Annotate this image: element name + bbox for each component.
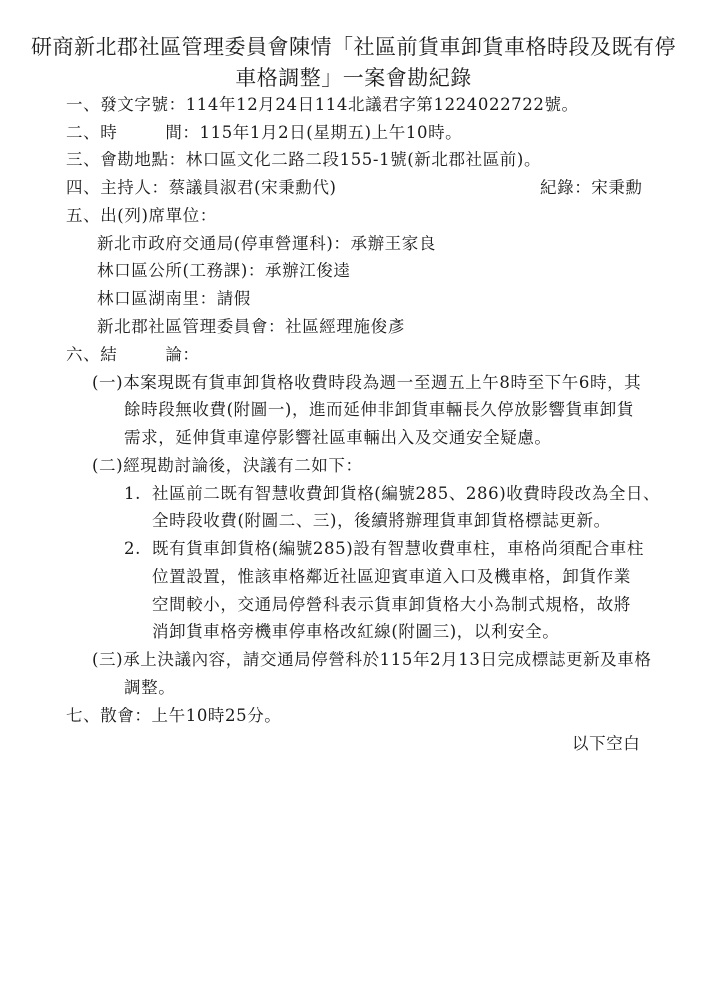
section-marker: 四、 xyxy=(66,178,100,197)
item-line: 既有貨車卸貨格(編號285)設有智慧收費車柱，車格尚須配合車柱 xyxy=(152,539,644,558)
section-issuance-number: 一、發文字號：114年12月24日114北議君字第1224022722號。 xyxy=(66,94,579,116)
section-label: 出(列)席單位： xyxy=(100,206,217,225)
item-number: 1. xyxy=(124,483,152,505)
section-host: 四、主持人：蔡議員淑君(宋秉勳代) xyxy=(66,177,337,199)
attendee-item: 新北市政府交通局(停車營運科)：承辦王家良 xyxy=(97,233,436,255)
item-line: 社區前二既有智慧收費卸貨格(編號285、286)收費時段改為全日、 xyxy=(152,484,660,503)
attendee-item: 林口區湖南里：請假 xyxy=(97,288,251,310)
section-time: 二、時間：115年1月2日(星期五)上午10時。 xyxy=(66,122,462,144)
resolution-item-1: 1.社區前二既有智慧收費卸貨格(編號285、286)收費時段改為全日、 xyxy=(124,483,660,505)
section-marker: 三、 xyxy=(66,150,100,169)
section-value: 114年12月24日114北議君字第1224022722號。 xyxy=(186,95,579,114)
recorder: 紀錄：宋秉勳 xyxy=(540,177,643,199)
document-title-line-1: 研商新北郡社區管理委員會陳情「社區前貨車卸貨車格時段及既有停 xyxy=(0,32,707,62)
paragraph-line: 本案現既有貨車卸貨格收費時段為週一至週五上午8時至下午6時，其 xyxy=(123,373,641,392)
document-page: 研商新北郡社區管理委員會陳情「社區前貨車卸貨車格時段及既有停 車格調整」一案會勘… xyxy=(0,0,707,1000)
conclusion-paragraph-1: (一)本案現既有貨車卸貨格收費時段為週一至週五上午8時至下午6時，其 xyxy=(92,372,641,394)
conclusion-paragraph-3: (三)承上決議內容，請交通局停營科於115年2月13日完成標誌更新及車格 xyxy=(92,649,651,671)
section-adjournment: 七、散會：上午10時25分。 xyxy=(66,705,281,727)
section-label: 散會： xyxy=(100,706,151,725)
paragraph-line: 餘時段無收費(附圖一)，進而延伸非卸貨車輛長久停放影響貨車卸貨 xyxy=(124,399,634,421)
section-label-b: 論： xyxy=(165,345,199,364)
section-marker: 二、 xyxy=(66,123,100,142)
item-line: 全時段收費(附圖二、三)，後續將辦理貨車卸貨格標誌更新。 xyxy=(152,510,611,532)
section-value: 115年1月2日(星期五)上午10時。 xyxy=(200,123,463,142)
paragraph-marker: (一) xyxy=(92,373,123,392)
end-note: 以下空白 xyxy=(572,733,640,755)
section-label: 會勘地點： xyxy=(100,150,186,169)
item-line: 位置設置，惟該車格鄰近社區迎賓車道入口及機車格，卸貨作業 xyxy=(152,566,631,588)
resolution-item-2: 2.既有貨車卸貨格(編號285)設有智慧收費車柱，車格尚須配合車柱 xyxy=(124,538,644,560)
document-title-line-2: 車格調整」一案會勘紀錄 xyxy=(0,63,707,93)
section-location: 三、會勘地點：林口區文化二路二段155-1號(新北郡社區前)。 xyxy=(66,149,541,171)
item-number: 2. xyxy=(124,538,152,560)
section-label: 主持人： xyxy=(100,178,168,197)
section-label-b: 間： xyxy=(165,123,199,142)
section-label-a: 結 xyxy=(100,345,117,364)
section-label-a: 時 xyxy=(100,123,117,142)
section-marker: 五、 xyxy=(66,206,100,225)
paragraph-marker: (三) xyxy=(92,650,123,669)
section-value: 蔡議員淑君(宋秉勳代) xyxy=(169,178,337,197)
section-label: 發文字號： xyxy=(100,95,186,114)
item-line: 空間較小，交通局停營科表示貨車卸貨格大小為制式規格，故將 xyxy=(152,594,631,616)
section-conclusion: 六、結論： xyxy=(66,344,200,366)
section-attendees: 五、出(列)席單位： xyxy=(66,205,217,227)
conclusion-paragraph-2: (二)經現勘討論後，決議有二如下： xyxy=(92,455,363,477)
paragraph-line: 需求，延伸貨車違停影響社區車輛出入及交通安全疑慮。 xyxy=(124,427,552,449)
paragraph-line: 調整。 xyxy=(124,677,175,699)
section-marker: 六、 xyxy=(66,345,100,364)
paragraph-line: 承上決議內容，請交通局停營科於115年2月13日完成標誌更新及車格 xyxy=(123,650,651,669)
item-line: 消卸貨車格旁機車停車格改紅線(附圖三)，以利安全。 xyxy=(152,621,559,643)
section-value: 上午10時25分。 xyxy=(152,706,282,725)
attendee-item: 新北郡社區管理委員會：社區經理施俊彥 xyxy=(97,316,405,338)
section-marker: 七、 xyxy=(66,706,100,725)
paragraph-text: 經現勘討論後，決議有二如下： xyxy=(123,456,362,475)
section-marker: 一、 xyxy=(66,95,100,114)
section-value: 林口區文化二路二段155-1號(新北郡社區前)。 xyxy=(186,150,541,169)
paragraph-marker: (二) xyxy=(92,456,123,475)
attendee-item: 林口區公所(工務課)：承辦江俊逵 xyxy=(97,260,350,282)
